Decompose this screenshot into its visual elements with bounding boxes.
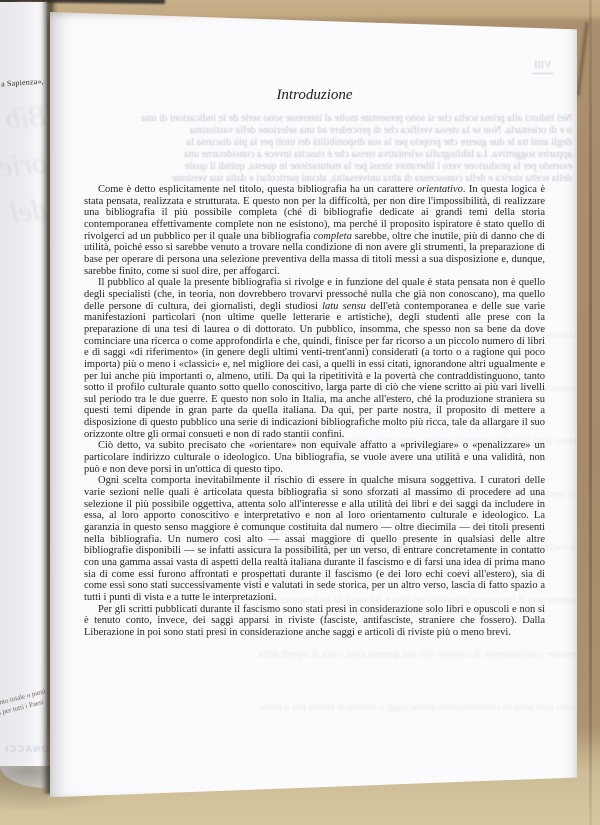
bleedthrough-text: degli anni tra le due guerre che proprio… [80,137,572,149]
left-page-text: a Sapienza», [1,77,44,89]
bleedthrough-text: entrare concretamente in contatto con un… [80,649,576,661]
paragraph: Per gli scritti pubblicati durante il fa… [84,604,545,639]
bleedthrough-text: apparire soggettiva. La bibliografia ori… [80,149,572,161]
previous-page-edge: a Sapienza», Biboriedel ento totale o pa… [0,2,47,788]
left-page-bleedthrough-title: Biboriedel [3,94,47,235]
paragraph: Ogni scelta comporta inevitabilmente il … [84,475,545,603]
book-board-edge [589,0,592,825]
book-page: VIII Introduzione Nel indurci alla prima… [50,12,577,802]
paragraph: Ciò detto, va subito precisato che «orie… [84,440,545,475]
bleedthrough-text: Nel indurci alla prima scelta che si son… [80,113,572,125]
introduction-text: Come è detto esplicitamente nel titolo, … [84,184,545,639]
scanned-book-photo: a Sapienza», Biboriedel ento totale o pa… [0,0,600,825]
bleedthrough-text: o e di orientarla. Non se la stessa veri… [80,125,572,137]
bleedthrough-text: sono stati presi in considerazione anche… [80,702,576,714]
page-title: Introduzione [84,87,545,104]
paragraph: Come è detto esplicitamente nel titolo, … [84,184,545,277]
paragraph: Il pubblico al quale la presente bibliog… [84,277,545,440]
bleedthrough-page-number: VIII [532,60,553,74]
top-right-page-corner-shadow [577,22,589,96]
bleedthrough-text-block: Nel indurci alla prima scelta che si son… [80,113,572,186]
bleedthrough-text: essendo per la produzione vero i liberat… [80,161,572,173]
